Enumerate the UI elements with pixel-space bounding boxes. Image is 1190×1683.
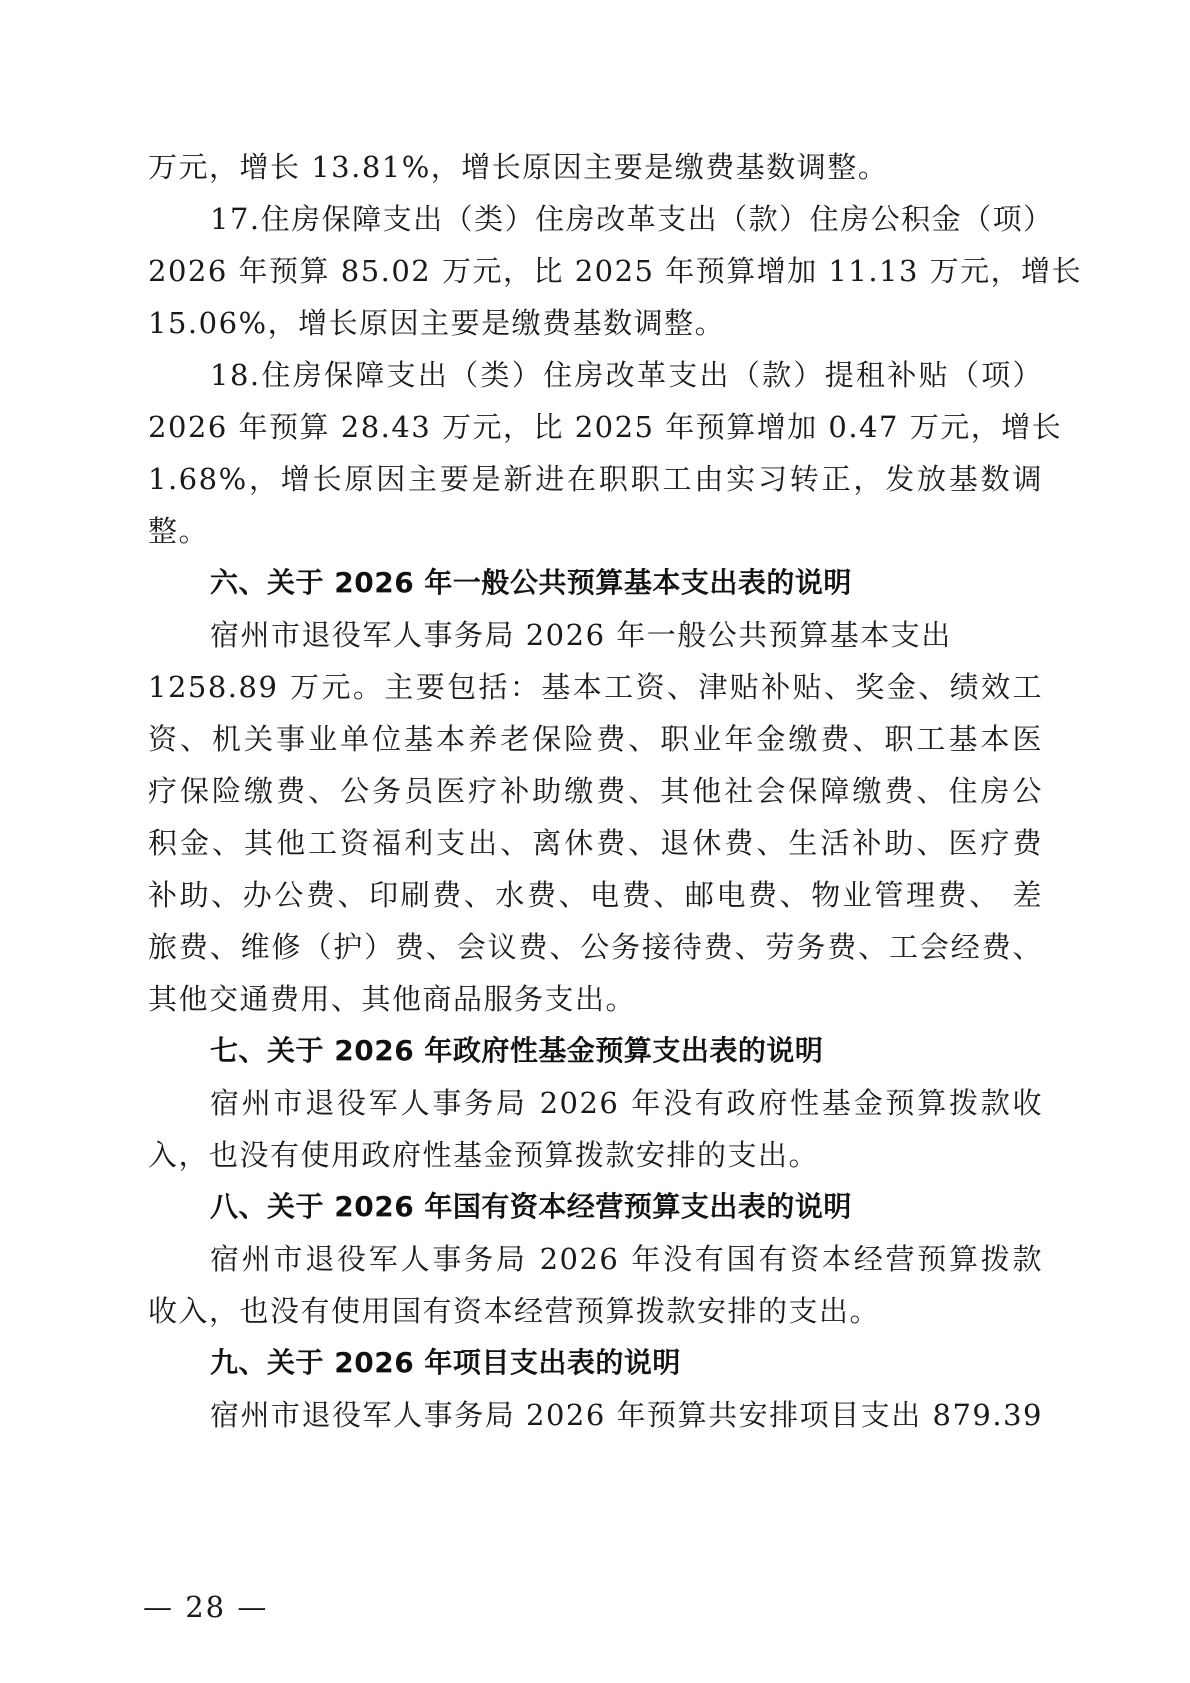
paragraph-line: 15.06%，增长原因主要是缴费基数调整。	[148, 303, 1043, 343]
paragraph-line: 万元，增长 13.81%，增长原因主要是缴费基数调整。	[148, 147, 1043, 187]
document-page: 万元，增长 13.81%，增长原因主要是缴费基数调整。 17.住房保障支出（类）…	[0, 0, 1190, 1683]
paragraph-line: 18.住房保障支出（类）住房改革支出（款）提租补贴（项）	[210, 355, 1043, 395]
paragraph-line: 补助、办公费、印刷费、水费、电费、邮电费、物业管理费、 差	[148, 875, 1043, 915]
paragraph-line: 宿州市退役军人事务局 2026 年预算共安排项目支出 879.39	[210, 1395, 1043, 1435]
paragraph-line: 宿州市退役军人事务局 2026 年没有国有资本经营预算拨款	[210, 1239, 1043, 1279]
paragraph-line: 2026 年预算 28.43 万元，比 2025 年预算增加 0.47 万元，增…	[148, 407, 1043, 447]
section-heading-6: 六、关于 2026 年一般公共预算基本支出表的说明	[210, 563, 852, 603]
paragraph-line: 积金、其他工资福利支出、离休费、退休费、生活补助、医疗费	[148, 823, 1043, 863]
paragraph-line: 宿州市退役军人事务局 2026 年一般公共预算基本支出	[210, 615, 1043, 655]
paragraph-line: 旅费、维修（护）费、会议费、公务接待费、劳务费、工会经费、	[148, 927, 1043, 967]
paragraph-line: 2026 年预算 85.02 万元，比 2025 年预算增加 11.13 万元，…	[148, 251, 1043, 291]
paragraph-line: 1.68%，增长原因主要是新进在职职工由实习转正，发放基数调	[148, 459, 1043, 499]
section-heading-8: 八、关于 2026 年国有资本经营预算支出表的说明	[210, 1187, 852, 1227]
paragraph-line: 收入，也没有使用国有资本经营预算拨款安排的支出。	[148, 1291, 1043, 1331]
paragraph-line: 疗保险缴费、公务员医疗补助缴费、其他社会保障缴费、住房公	[148, 771, 1043, 811]
section-heading-9: 九、关于 2026 年项目支出表的说明	[210, 1343, 681, 1383]
paragraph-line: 17.住房保障支出（类）住房改革支出（款）住房公积金（项）	[210, 199, 1043, 239]
page-number: — 28 —	[143, 1587, 268, 1627]
paragraph-line: 入，也没有使用政府性基金预算拨款安排的支出。	[148, 1135, 1043, 1175]
paragraph-line: 宿州市退役军人事务局 2026 年没有政府性基金预算拨款收	[210, 1083, 1043, 1123]
paragraph-line: 整。	[148, 511, 1043, 551]
paragraph-line: 其他交通费用、其他商品服务支出。	[148, 979, 1043, 1019]
section-heading-7: 七、关于 2026 年政府性基金预算支出表的说明	[210, 1031, 823, 1071]
paragraph-line: 1258.89 万元。主要包括：基本工资、津贴补贴、奖金、绩效工	[148, 667, 1043, 707]
paragraph-line: 资、机关事业单位基本养老保险费、职业年金缴费、职工基本医	[148, 719, 1043, 759]
